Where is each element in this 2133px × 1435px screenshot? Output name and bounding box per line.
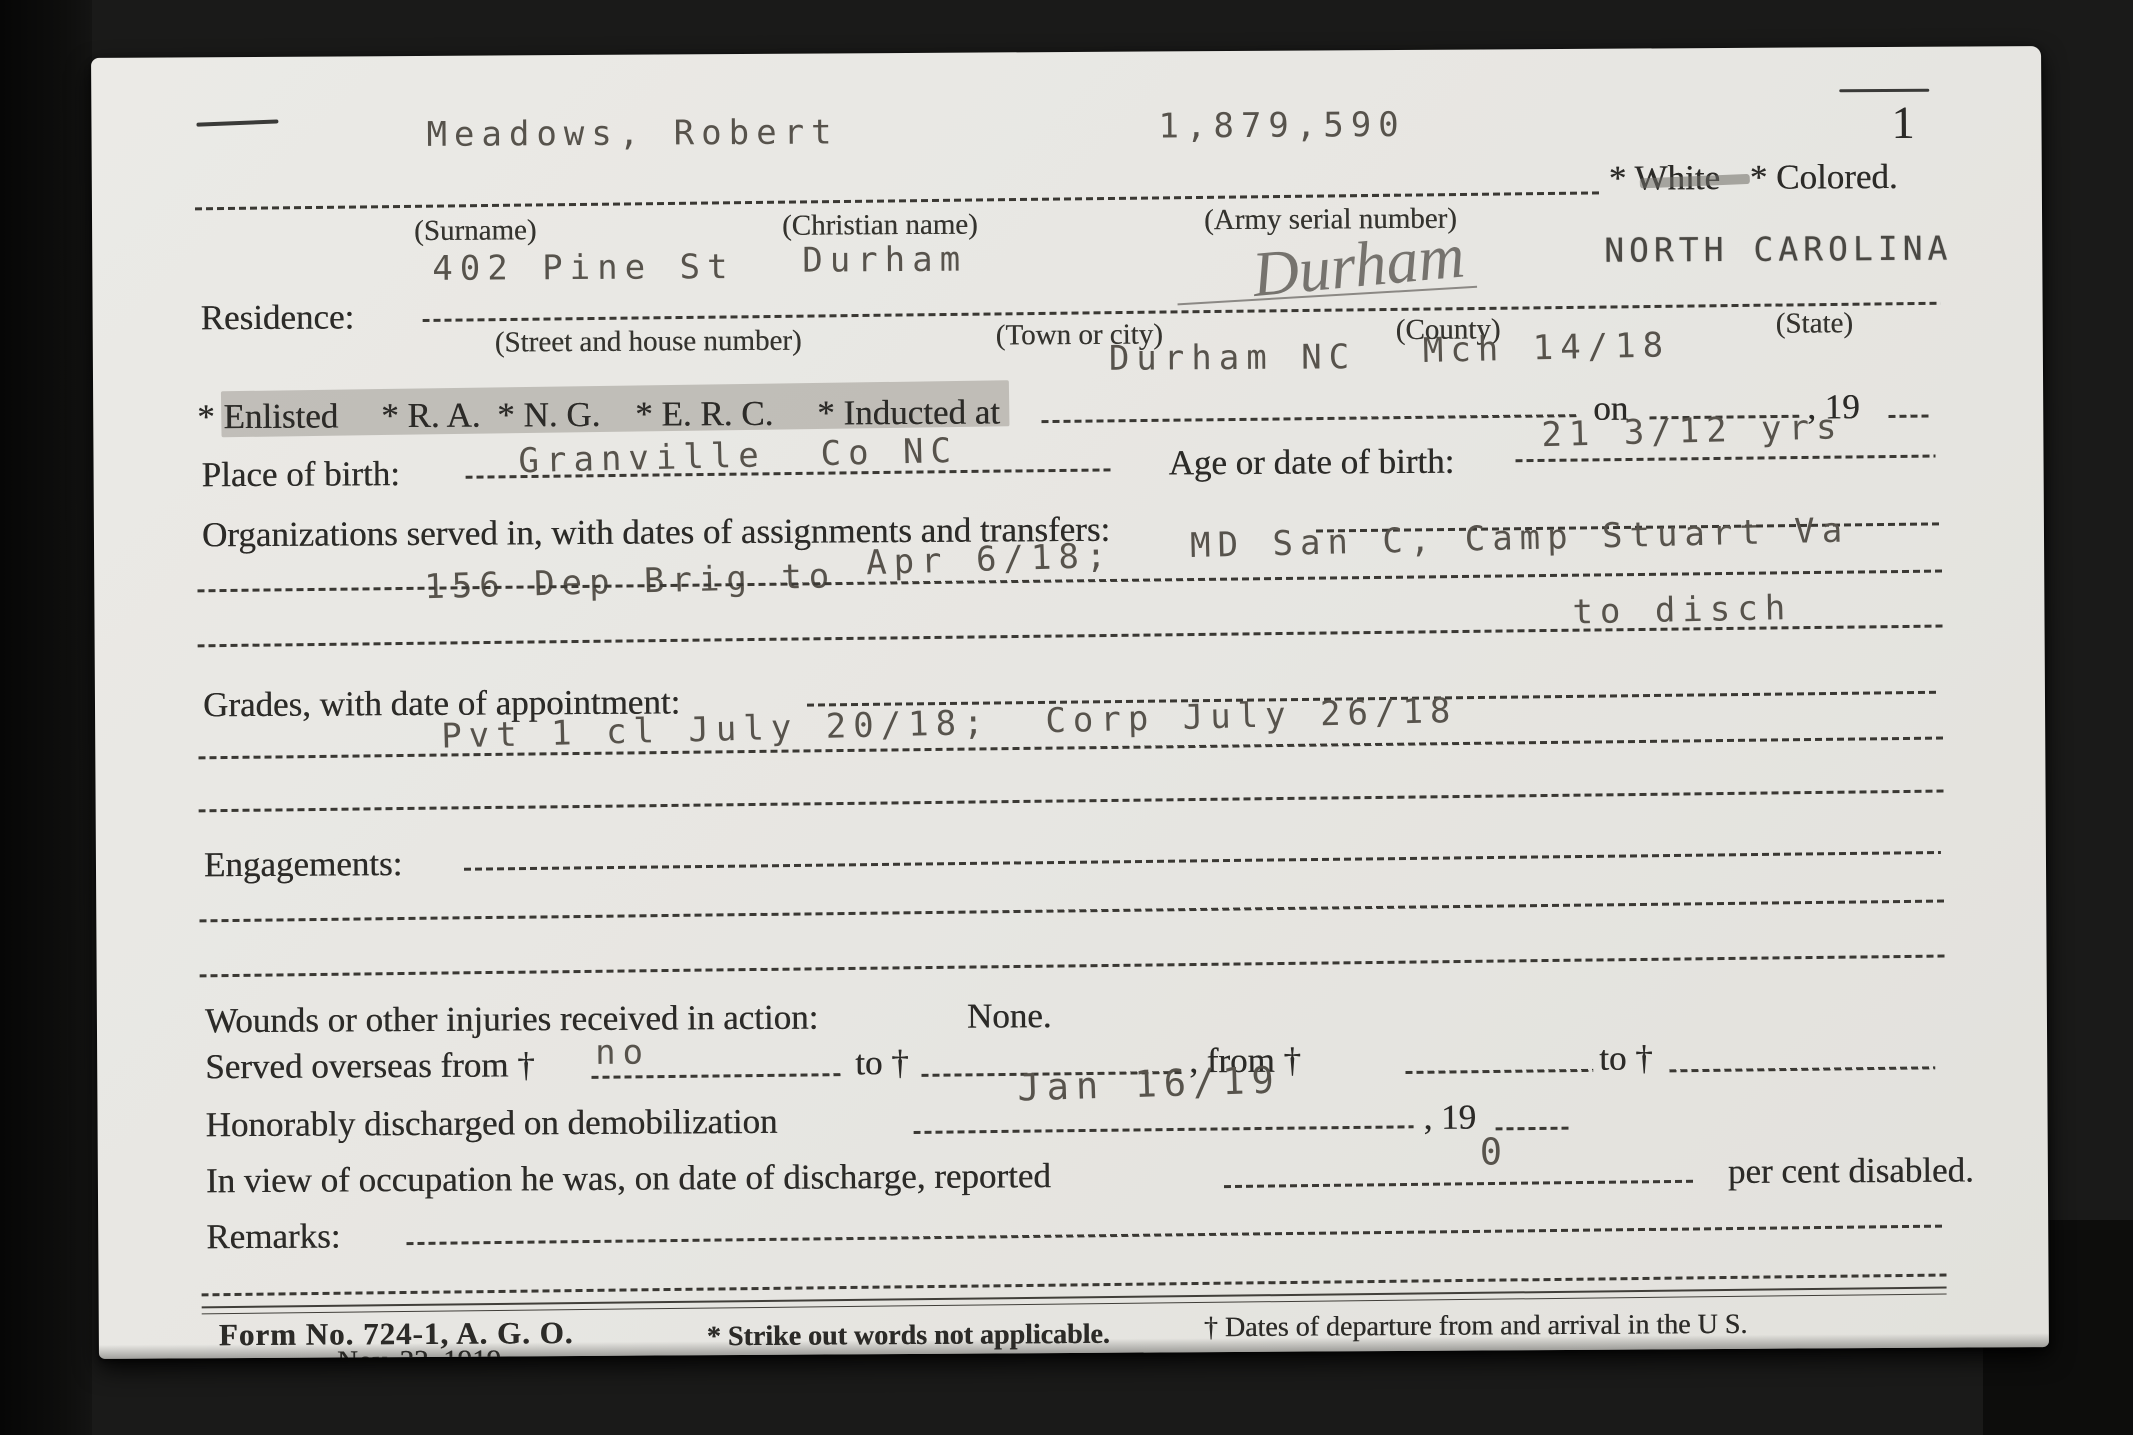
organization-station-value: MD San C, Camp Stuart Va <box>1190 513 1850 563</box>
overseas-to-label: to † <box>855 1045 909 1082</box>
wounds-label: Wounds or other injuries received in act… <box>205 1000 819 1040</box>
town-typed-value: Durham NC <box>1109 340 1356 376</box>
place-of-birth-label: Place of birth: <box>201 456 400 494</box>
dashed-rule <box>1888 415 1930 418</box>
age-value: 21 3/12 yrs <box>1541 410 1844 452</box>
dashed-rule <box>591 1073 841 1079</box>
disability-label: In view of occupation he was, on date of… <box>206 1158 1051 1200</box>
town-value: Durham <box>802 243 967 278</box>
organization-date-value: Apr 6/18; <box>866 539 1114 581</box>
page-number: 1 <box>1891 99 1914 147</box>
dashed-rule <box>1516 455 1936 463</box>
service-record-card: Meadows, Robert 1,879,590 1 * White * Co… <box>91 46 2049 1359</box>
serial-number-value: 1,879,590 <box>1158 108 1405 144</box>
enlistment-date-typed: Mch 14/18 <box>1422 328 1670 368</box>
disability-suffix-label: per cent disabled. <box>1728 1152 1974 1190</box>
age-label: Age or date of birth: <box>1168 444 1454 482</box>
scan-backdrop-strip <box>0 0 92 1435</box>
organization-unit-value: 156 Dep Brig to <box>424 559 837 604</box>
dashed-rule <box>464 851 1941 871</box>
dashed-rule <box>198 625 1943 648</box>
enlisted-option: * Enlisted <box>197 398 338 436</box>
served-overseas-value: no <box>595 1036 650 1070</box>
dashed-rule <box>200 955 1945 978</box>
engagements-label: Engagements: <box>204 846 403 884</box>
surname-label: (Surname) <box>414 215 537 246</box>
handwritten-dash-mark <box>196 119 278 126</box>
dashed-rule <box>199 790 1944 813</box>
surname-value: Meadows, Robert <box>426 115 838 152</box>
national-guard-option: * N. G. <box>497 397 600 434</box>
remarks-label: Remarks: <box>206 1218 340 1256</box>
regular-army-option: * R. A. <box>381 398 480 435</box>
christian-name-label: (Christian name) <box>782 210 978 242</box>
dashed-rule <box>406 1225 1944 1245</box>
wounds-value: None. <box>967 998 1052 1035</box>
scanned-card-scene: Meadows, Robert 1,879,590 1 * White * Co… <box>0 0 2133 1435</box>
erc-option: * E. R. C. <box>635 396 773 434</box>
dashed-rule <box>1041 414 1579 423</box>
served-overseas-label: Served overseas from † <box>205 1047 535 1086</box>
race-colored-option: * Colored. <box>1750 159 1898 197</box>
discharge-year-label: , 19 <box>1423 1100 1476 1137</box>
discharge-date-value: Jan 16/19 <box>1017 1062 1281 1107</box>
dashed-rule <box>1224 1180 1696 1188</box>
overseas-to2-label: to † <box>1599 1040 1653 1077</box>
street-value: 402 Pine St <box>432 250 734 286</box>
state-label: (State) <box>1776 308 1853 339</box>
discharge-label: Honorably discharged on demobilization <box>205 1104 777 1144</box>
disability-percent-value: 0 <box>1480 1133 1510 1170</box>
street-label: (Street and house number) <box>495 326 802 358</box>
inducted-at-label: * Inducted at <box>817 394 1000 432</box>
dashed-rule <box>914 1125 1414 1134</box>
dashed-rule <box>1669 1066 1935 1072</box>
page-dash-mark <box>1839 89 1929 93</box>
organization-discharge-value: to disch <box>1572 591 1792 629</box>
residence-label: Residence: <box>201 299 355 337</box>
dashed-rule <box>199 900 1944 923</box>
dashed-rule <box>1405 1069 1593 1074</box>
dashed-rule <box>202 1274 1947 1297</box>
state-stamp: NORTH CAROLINA <box>1604 229 1952 270</box>
